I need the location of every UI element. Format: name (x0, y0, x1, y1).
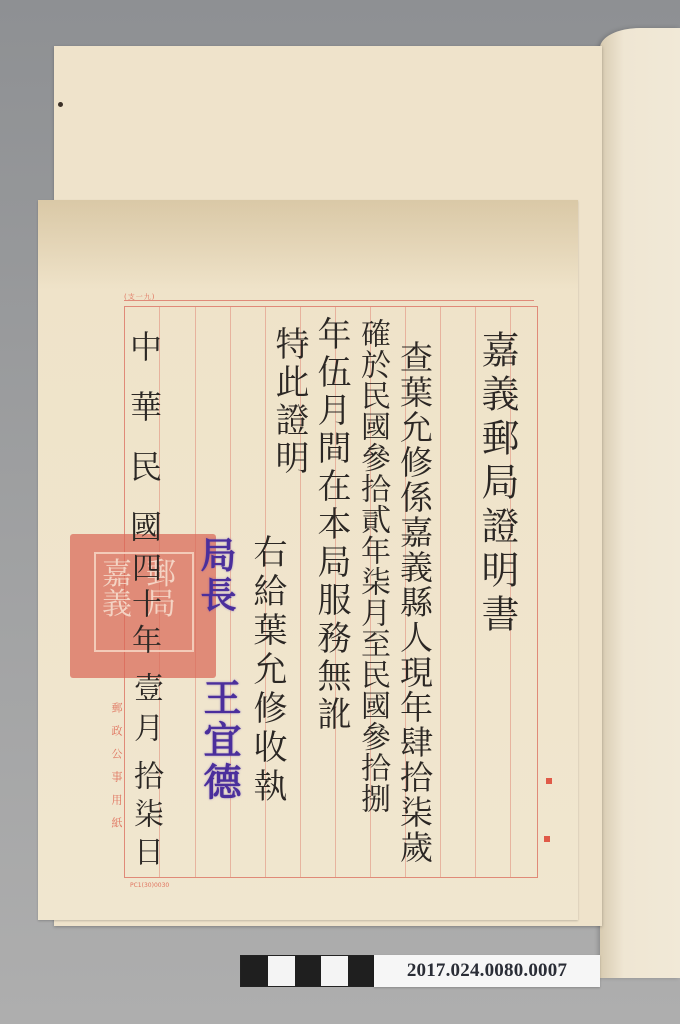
date-year: 四十年 (128, 552, 158, 660)
signatory-title-stamp: 局長 (198, 536, 234, 616)
punch-hole (58, 102, 63, 107)
body-line-1: 查葉允修係嘉義縣人現年肆拾柒歲 (398, 340, 431, 865)
paper-fold-shading (38, 200, 578, 290)
date-era: 中華民國 (128, 330, 160, 570)
registration-mark (544, 836, 550, 842)
date-month: 壹月 (130, 672, 160, 752)
scale-block (295, 956, 322, 986)
next-page-edge (600, 28, 680, 978)
body-line-3: 年伍月間在本局服務無訛 (314, 316, 348, 734)
scale-block (268, 956, 295, 986)
print-code: PC1(30)0030 (130, 882, 169, 889)
registration-mark (546, 778, 552, 784)
column-rule (440, 307, 441, 877)
top-rule-line (124, 300, 534, 301)
signatory-name-stamp: 王宜德 (200, 678, 238, 804)
scale-block (348, 956, 375, 986)
scale-block (241, 956, 268, 986)
document-title: 嘉義郵局證明書 (478, 330, 516, 638)
date-day: 拾柒日 (130, 760, 160, 874)
scale-block (321, 956, 348, 986)
closing-phrase: 特此證明 (272, 326, 306, 478)
recipient-line: 右給葉允修收執 (250, 534, 284, 807)
body-line-2: 確於民國參拾貳年柒月至民國參拾捌 (357, 318, 387, 814)
accession-number-label: 2017.024.0080.0007 (374, 955, 600, 987)
color-scale-bar (240, 955, 376, 987)
stationery-label: 郵政公事用紙 (111, 702, 122, 840)
